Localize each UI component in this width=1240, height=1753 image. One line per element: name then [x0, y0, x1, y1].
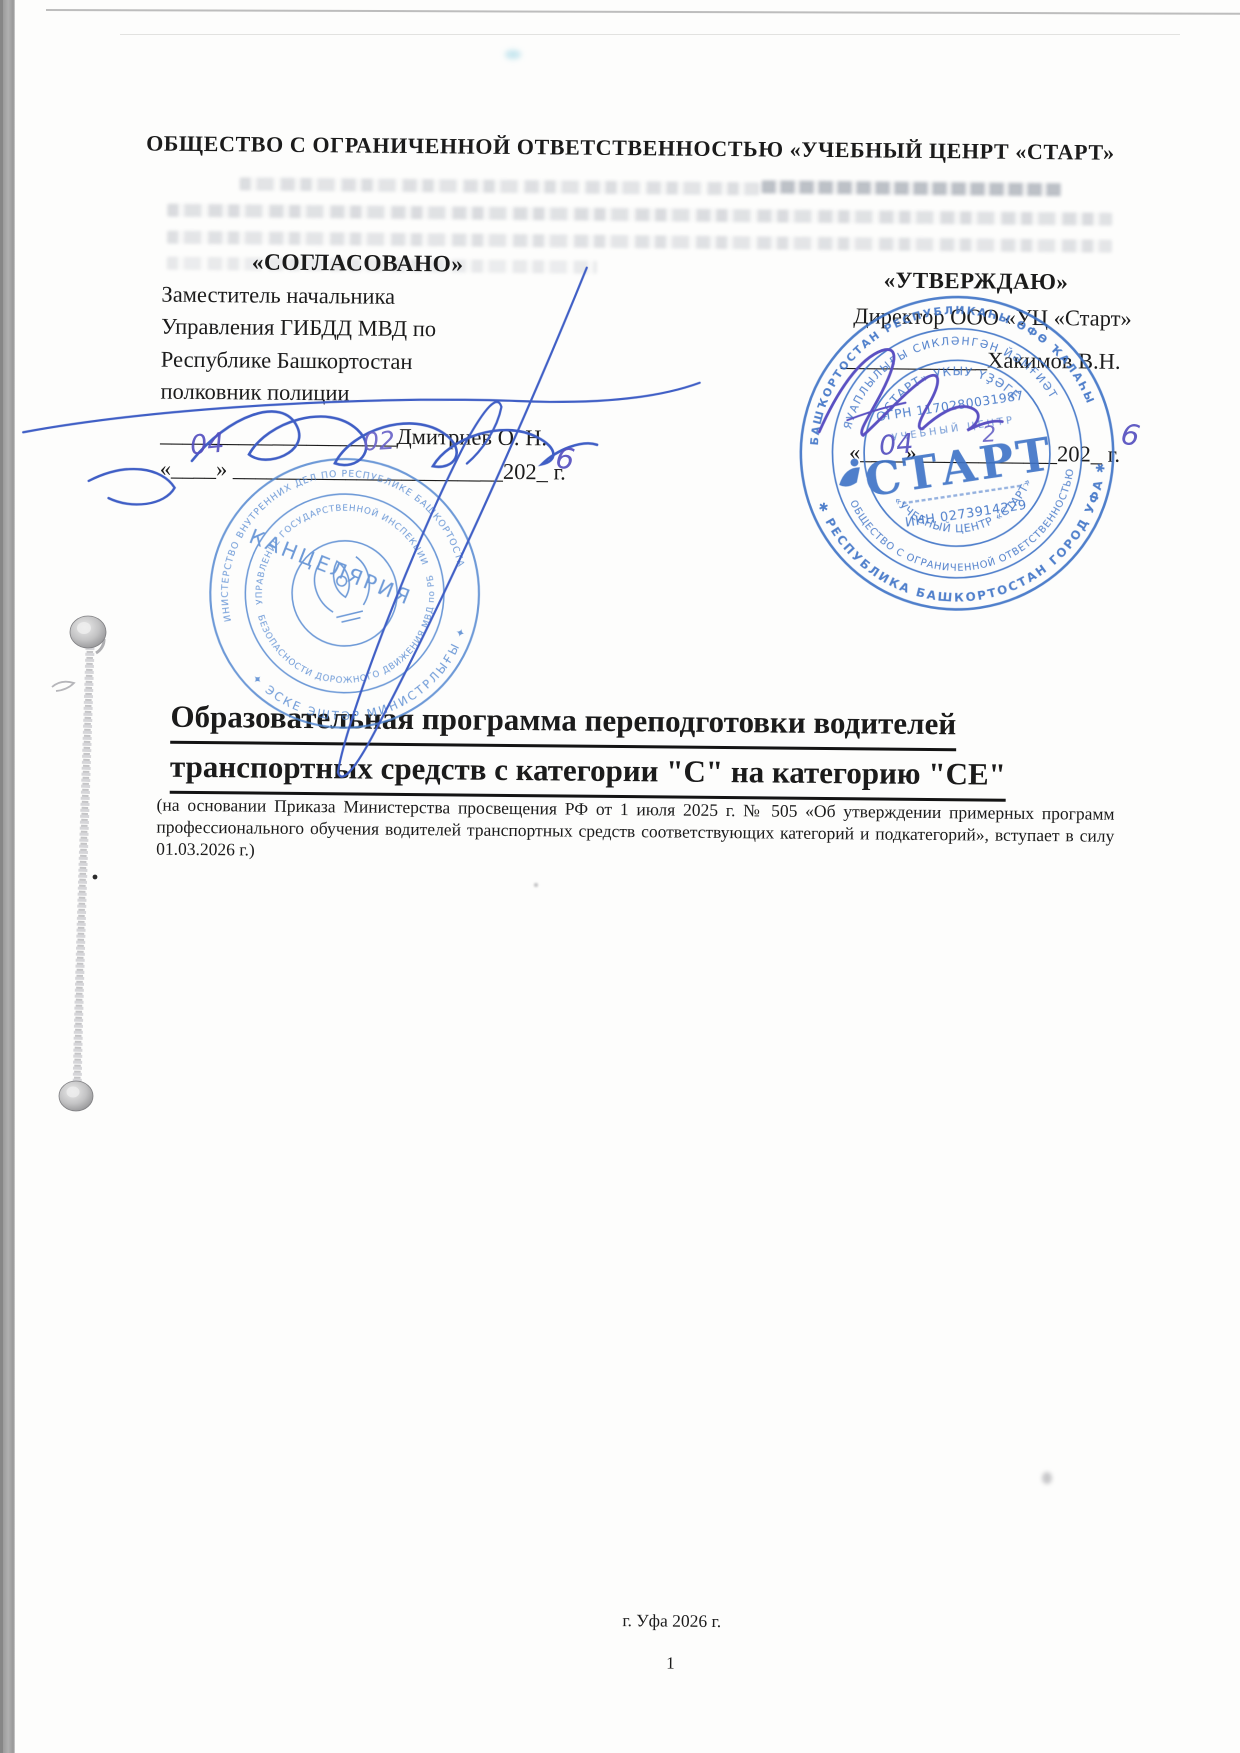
grommet-highlight	[77, 622, 91, 634]
handwritten-day-right: 04	[878, 428, 915, 462]
scan-speck	[534, 883, 538, 887]
stamp-ogrn: ОГРН 1170280031987	[875, 388, 1024, 424]
basis-paragraph: (на основании Приказа Министерства просв…	[156, 795, 1115, 870]
document-binding	[30, 585, 160, 1165]
ink-dot	[93, 875, 98, 880]
approval-left-line: Республике Башкортостан	[161, 343, 681, 380]
signature-line-right: _____________Хакимов В.Н.	[841, 346, 1121, 375]
handwritten-year-right: 6	[1118, 417, 1142, 454]
organization-title: ОБЩЕСТВО С ОГРАНИЧЕННОЙ ОТВЕТСТВЕННОСТЬЮ…	[128, 130, 1133, 166]
program-title-line2: транспортных средств с категории "С" на …	[170, 744, 1006, 802]
stamp-microtext-line	[903, 485, 1024, 503]
handwritten-month-left: 02	[362, 426, 396, 457]
approval-header-soglasovano: «СОГЛАСОВАНО»	[162, 246, 682, 283]
grommet-highlight	[67, 1087, 80, 1098]
tilted-page-content: ОБЩЕСТВО С ОГРАНИЧЕННОЙ ОТВЕТСТВЕННОСТЬЮ…	[0, 0, 1240, 1753]
bleed-through-line	[239, 177, 759, 195]
bleed-through-line	[167, 204, 1112, 226]
svg-text:УПРАВЛЕНИЕ ГОСУДАРСТВЕННОЙ ИНС: УПРАВЛЕНИЕ ГОСУДАРСТВЕННОЙ ИНСПЕКЦИИ	[237, 485, 430, 606]
svg-text:✱ РЕСПУБЛИКА БАШКОРТОСТАН ГОРО: ✱ РЕСПУБЛИКА БАШКОРТОСТАН ГОРОД УФА ✱	[814, 458, 1126, 623]
page-number: 1	[645, 1653, 695, 1673]
bleed-through-line	[761, 180, 1061, 196]
approval-left-line: Управления ГИБДД МВД по	[161, 311, 681, 348]
approval-header-utverzhdayu: «УТВЕРЖДАЮ»	[884, 268, 1069, 296]
binding-string	[77, 647, 90, 1093]
kancelyariya-overlay: КАНЦЕЛЯРИЯ	[246, 524, 416, 610]
signature-line-left: _____________________Дмитриев О. Н.	[160, 418, 680, 455]
scan-speck	[505, 50, 521, 59]
pencil-mark	[52, 682, 74, 691]
date-line-left: «____» ________________________202_ г.	[160, 453, 680, 490]
coat-of-arms-emblem	[311, 555, 378, 626]
svg-text:ОБЩЕСТВО С ОГРАНИЧЕННОЙ ОТВЕТС: ОБЩЕСТВО С ОГРАНИЧЕННОЙ ОТВЕТСТВЕННОСТЬЮ	[847, 466, 1090, 590]
approval-left-line: Заместитель начальника	[161, 278, 681, 315]
stamp-inn: ИНН 0273914229	[904, 498, 1028, 531]
svg-text:БЕЗОПАСНОСТИ ДОРОЖНОГО ДВИЖЕНИ: БЕЗОПАСНОСТИ ДОРОЖНОГО ДВИЖЕНИЯ МВД по Р…	[255, 573, 456, 705]
scan-speck	[1042, 1472, 1052, 1484]
handwritten-month-right: 2	[981, 422, 996, 448]
handwritten-day-left: 04	[189, 427, 226, 461]
program-title-line1: Образовательная программа переподготовки…	[170, 694, 956, 752]
scanned-page: ОБЩЕСТВО С ОГРАНИЧЕННОЙ ОТВЕТСТВЕННОСТЬЮ…	[0, 0, 1240, 1753]
svg-text:«УЧЕБНЫЙ ЦЕНТР «СТАРТ»: «УЧЕБНЫЙ ЦЕНТР «СТАРТ»	[890, 475, 1040, 546]
footer-city-year: г. Уфа 2026 г.	[522, 1609, 822, 1633]
director-position-line: Директор ООО «УЦ «Старт»	[853, 303, 1132, 332]
approval-left-block: «СОГЛАСОВАНО» Заместитель начальника Упр…	[160, 246, 682, 490]
program-title: Образовательная программа переподготовки…	[170, 694, 1136, 803]
approval-left-line: полковник полиции	[160, 376, 680, 413]
svg-text:ЯУАПЛЫЛЫҒЫ СИКЛӘНГӘН ЙӘМҒИӘТ: ЯУАПЛЫЛЫҒЫ СИКЛӘНГӘН ЙӘМҒИӘТ	[830, 319, 1061, 432]
